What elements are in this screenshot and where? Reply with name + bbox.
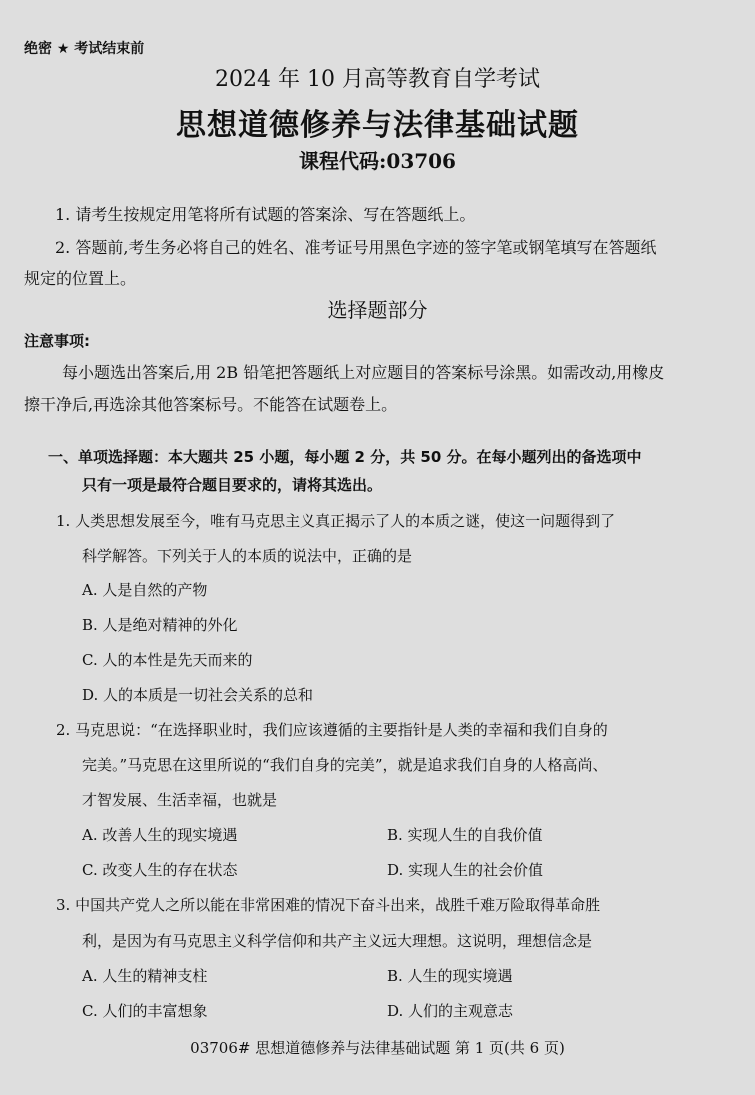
question-2-option-d: D. 实现人生的社会价值 (387, 859, 543, 880)
question-1-option-c: C. 人的本性是先天而来的 (82, 649, 252, 670)
question-2-line-3: 才智发展、生活幸福，也就是 (82, 789, 277, 810)
question-3-option-d: D. 人们的主观意志 (387, 1000, 513, 1021)
question-2-option-c: C. 改变人生的存在状态 (82, 859, 237, 880)
question-2-line-2: 完美。”马克思在这里所说的“我们自身的完美”，就是追求我们自身的人格高尚、 (82, 754, 608, 775)
question-1-option-d: D. 人的本质是一切社会关系的总和 (82, 684, 313, 705)
question-1-line-2: 科学解答。下列关于人的本质的说法中，正确的是 (82, 545, 412, 566)
notice-line-1: 每小题选出答案后,用 2B 铅笔把答题纸上对应题目的答案标号涂黑。如需改动,用橡… (62, 360, 664, 383)
instruction-2-cont: 规定的位置上。 (24, 266, 136, 289)
question-2-option-b: B. 实现人生的自我价值 (387, 824, 543, 845)
question-3-option-c: C. 人们的丰富想象 (82, 1000, 207, 1021)
course-code: 课程代码:03706 (0, 145, 755, 174)
question-1-option-b: B. 人是绝对精神的外化 (82, 614, 238, 635)
question-1-option-a: A. 人是自然的产物 (82, 579, 207, 600)
exam-title: 2024 年 10 月高等教育自学考试 (0, 62, 755, 93)
part-one-heading-1: 一、单项选择题：本大题共 25 小题，每小题 2 分，共 50 分。在每小题列出… (48, 446, 642, 467)
question-2-option-a: A. 改善人生的现实境遇 (82, 824, 237, 845)
notice-label: 注意事项: (24, 330, 90, 351)
secret-mark: 绝密 ★ 考试结束前 (24, 38, 144, 58)
section-title: 选择题部分 (0, 294, 755, 323)
notice-line-2: 擦干净后,再选涂其他答案标号。不能答在试题卷上。 (24, 392, 397, 415)
question-1-line-1: 1. 人类思想发展至今，唯有马克思主义真正揭示了人的本质之谜，使这一问题得到了 (56, 510, 615, 531)
question-3-option-a: A. 人生的精神支柱 (82, 965, 207, 986)
subject-title: 思想道德修养与法律基础试题 (0, 100, 755, 144)
question-3-line-1: 3. 中国共产党人之所以能在非常困难的情况下奋斗出来，战胜千难万险取得革命胜 (56, 894, 600, 915)
question-2-line-1: 2. 马克思说：“在选择职业时，我们应该遵循的主要指针是人类的幸福和我们自身的 (56, 719, 608, 740)
part-one-heading-2: 只有一项是最符合题目要求的，请将其选出。 (82, 474, 382, 495)
page-footer: 03706# 思想道德修养与法律基础试题 第 1 页(共 6 页) (0, 1037, 755, 1058)
question-3-line-2: 利，是因为有马克思主义科学信仰和共产主义远大理想。这说明，理想信念是 (82, 930, 592, 951)
instruction-2: 2. 答题前,考生务必将自己的姓名、准考证号用黑色字迹的签字笔或钢笔填写在答题纸 (55, 235, 656, 258)
question-3-option-b: B. 人生的现实境遇 (387, 965, 513, 986)
instruction-1: 1. 请考生按规定用笔将所有试题的答案涂、写在答题纸上。 (55, 202, 475, 225)
